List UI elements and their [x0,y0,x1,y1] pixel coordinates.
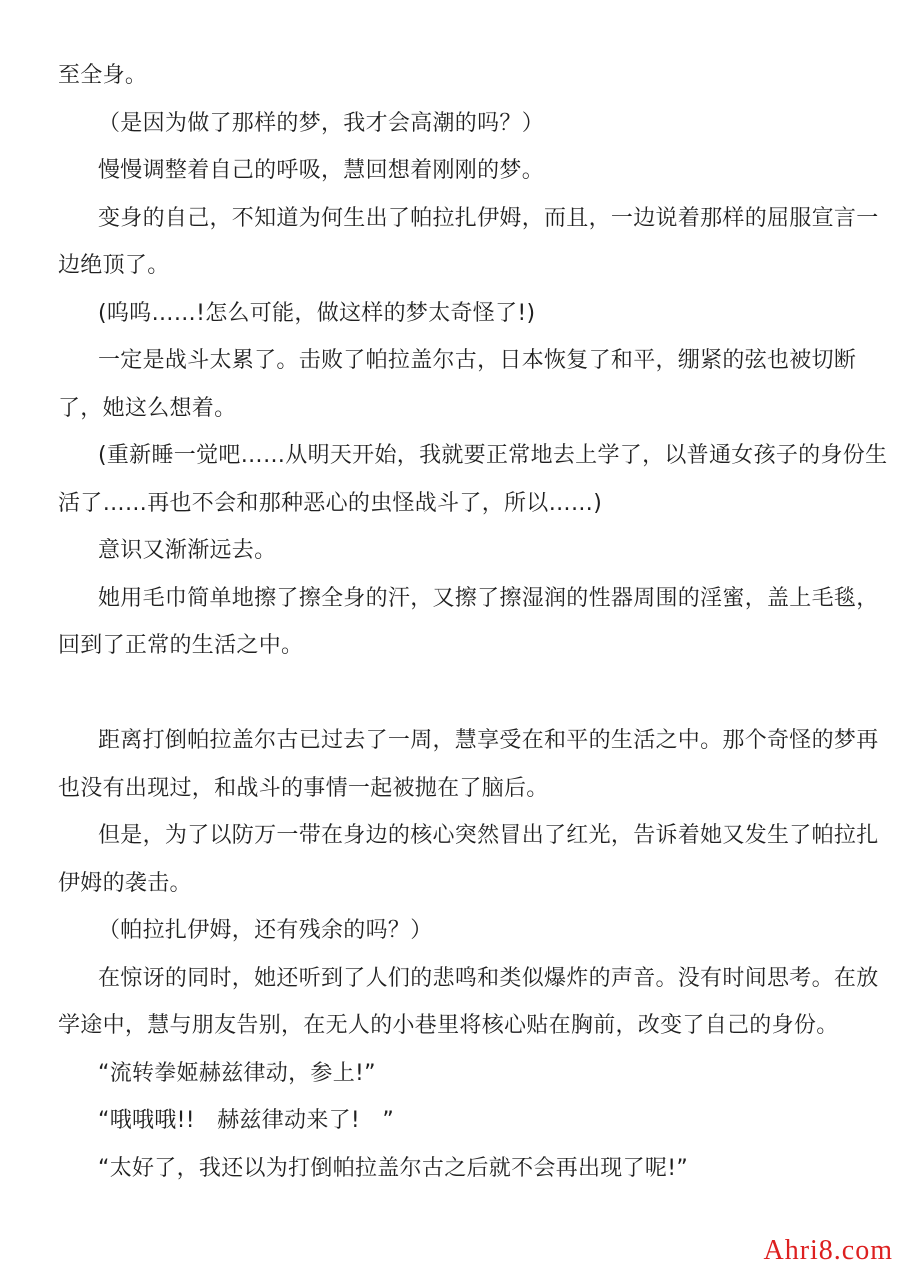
text-line: (呜呜……!怎么可能，做这样的梦太奇怪了!) [58,290,840,338]
text-line: 也没有出现过，和战斗的事情一起被抛在了脑后。 [58,765,840,813]
text-line: 伊姆的袭击。 [58,860,840,908]
text-line: （帕拉扎伊姆，还有残余的吗？） [58,907,840,955]
text-line: 慢慢调整着自己的呼吸，慧回想着刚刚的梦。 [58,147,840,195]
text-line: 但是，为了以防万一带在身边的核心突然冒出了红光，告诉着她又发生了帕拉扎 [58,812,840,860]
text-line: （是因为做了那样的梦，我才会高潮的吗？） [58,100,840,148]
text-line: (重新睡一觉吧……从明天开始，我就要正常地去上学了，以普通女孩子的身份生 [58,432,840,480]
text-line: “哦哦哦!! 赫兹律动来了! ” [58,1097,840,1145]
document-text: 至全身。（是因为做了那样的梦，我才会高潮的吗？）慢慢调整着自己的呼吸，慧回想着刚… [58,52,840,1192]
text-line: 在惊讶的同时，她还听到了人们的悲鸣和类似爆炸的声音。没有时间思考。在放 [58,955,840,1003]
document-page: 至全身。（是因为做了那样的梦，我才会高潮的吗？）慢慢调整着自己的呼吸，慧回想着刚… [0,0,900,1273]
watermark: Ahri8.com [763,1235,893,1267]
text-line: “流转拳姬赫兹律动，参上!” [58,1050,840,1098]
text-line: 变身的自己，不知道为何生出了帕拉扎伊姆，而且，一边说着那样的屈服宣言一 [58,195,840,243]
text-line: 了，她这么想着。 [58,385,840,433]
text-line [58,670,840,718]
text-line: 边绝顶了。 [58,242,840,290]
text-line: 距离打倒帕拉盖尔古已过去了一周，慧享受在和平的生活之中。那个奇怪的梦再 [58,717,840,765]
text-line: 至全身。 [58,52,840,100]
text-line: 学途中，慧与朋友告别，在无人的小巷里将核心贴在胸前，改变了自己的身份。 [58,1002,840,1050]
text-line: 一定是战斗太累了。击败了帕拉盖尔古，日本恢复了和平，绷紧的弦也被切断 [58,337,840,385]
text-line: “太好了，我还以为打倒帕拉盖尔古之后就不会再出现了呢!” [58,1145,840,1193]
text-line: 回到了正常的生活之中。 [58,622,840,670]
text-line: 意识又渐渐远去。 [58,527,840,575]
text-line: 活了……再也不会和那种恶心的虫怪战斗了，所以……) [58,480,840,528]
text-line: 她用毛巾简单地擦了擦全身的汗，又擦了擦湿润的性器周围的淫蜜，盖上毛毯， [58,575,840,623]
